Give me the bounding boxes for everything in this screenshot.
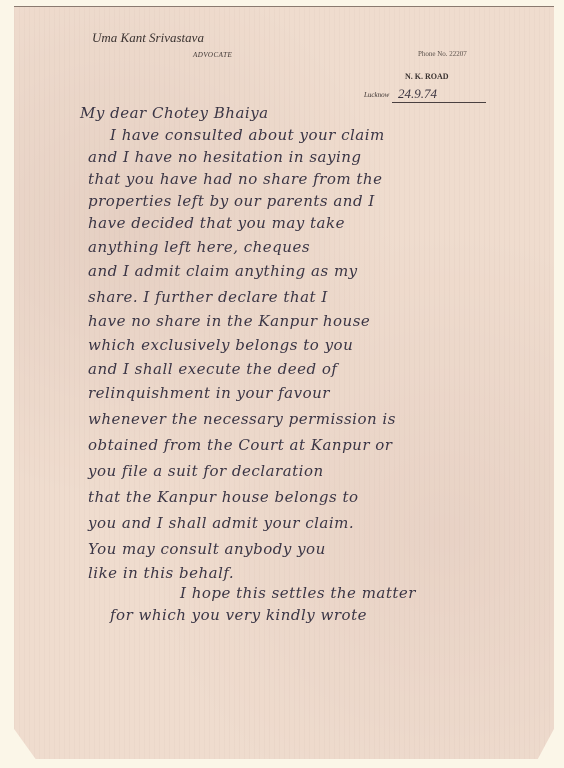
letter-line: relinquishment in your favour (88, 384, 330, 402)
letter-line: you and I shall admit your claim. (88, 514, 354, 532)
letter-line: which exclusively belongs to you (88, 336, 353, 354)
letter-line: properties left by our parents and I (88, 192, 375, 210)
letter-line: You may consult anybody you (88, 540, 326, 558)
letter-line: and I shall execute the deed of (88, 360, 337, 378)
letter-line: have decided that you may take (88, 214, 345, 232)
letterhead-phone: Phone No. 22207 (418, 50, 467, 58)
letter-line: you file a suit for declaration (88, 462, 324, 480)
letter-line: share. I further declare that I (88, 288, 328, 306)
letter-line: and I have no hesitation in saying (88, 148, 362, 166)
letter-line: have no share in the Kanpur house (88, 312, 370, 330)
letter-line: whenever the necessary permission is (88, 410, 396, 428)
letter-line: obtained from the Court at Kanpur or (88, 436, 392, 454)
letter-line: I have consulted about your claim (110, 126, 385, 144)
letter-line: for which you very kindly wrote (110, 606, 367, 624)
letter-line: that you have had no share from the (88, 170, 382, 188)
letterhead-address: N. K. ROAD (405, 72, 449, 81)
letterhead-title: ADVOCATE (193, 51, 232, 59)
letter-line: and I admit claim anything as my (88, 262, 358, 280)
letter-line: that the Kanpur house belongs to (88, 488, 359, 506)
letter-line: I hope this settles the matter (180, 584, 416, 602)
salutation: My dear Chotey Bhaiya (80, 104, 269, 122)
letterhead-city: Lucknow (364, 91, 389, 99)
letter-line: like in this behalf. (88, 564, 234, 582)
letter-line: anything left here, cheques (88, 238, 310, 256)
letterhead-name: Uma Kant Srivastava (92, 30, 204, 46)
letter-date: 24.9.74 (392, 86, 486, 103)
